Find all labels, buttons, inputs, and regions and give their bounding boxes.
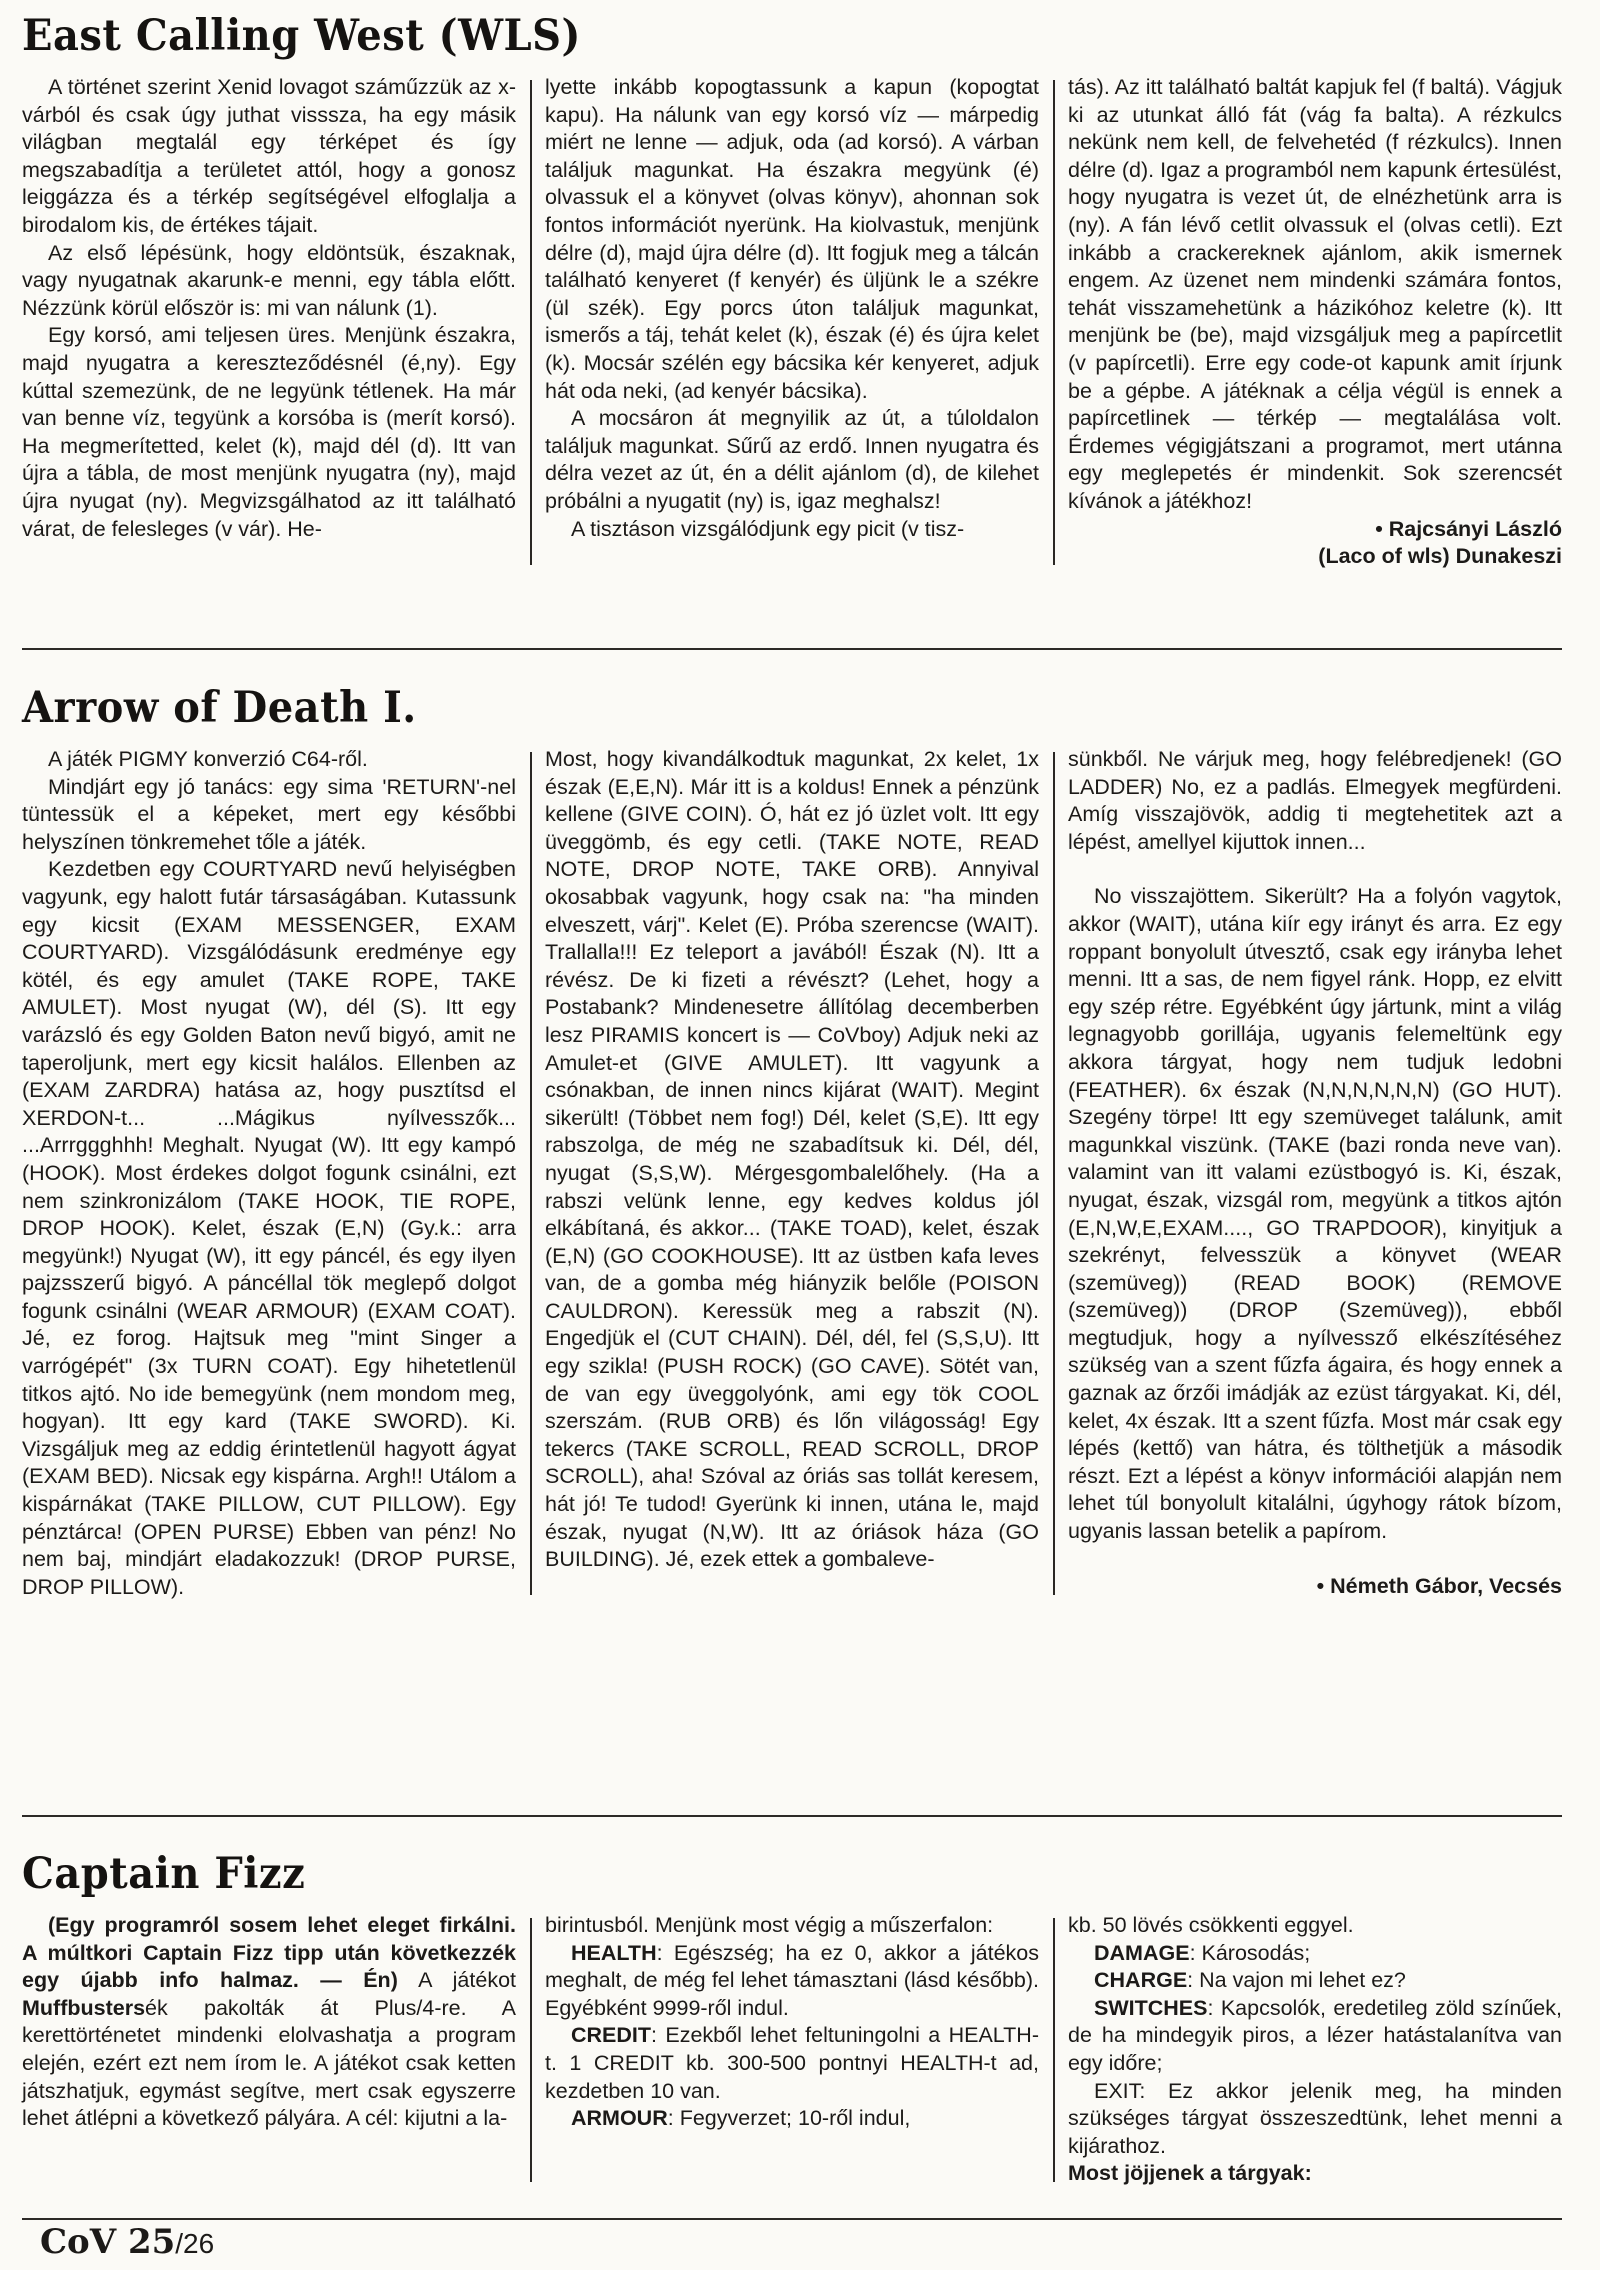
page-number: /26: [175, 2228, 214, 2259]
paragraph: Mindjárt egy jó tanács: egy sima 'RETURN…: [22, 774, 516, 857]
paragraph: tás). Az itt található baltát kapjuk fel…: [1068, 74, 1562, 516]
column-divider: [530, 752, 532, 1595]
article-body-arrow-of-death: A játék PIGMY konverzió C64-ről. Mindjár…: [22, 746, 1562, 1601]
definition-health: HEALTH: Egészség; ha ez 0, akkor a játék…: [545, 1940, 1039, 2023]
definition-credit: CREDIT: Ezekből lehet feltuningolni a HE…: [545, 2022, 1039, 2105]
paragraph: birintusból. Menjünk most végig a műszer…: [545, 1912, 1039, 1940]
author-signature: • Németh Gábor, Vecsés: [1068, 1573, 1562, 1601]
column-1: (Egy programról sosem lehet eleget firká…: [22, 1912, 516, 2188]
paragraph: A történet szerint Xenid lovagot száműzz…: [22, 74, 516, 240]
paragraph: A tisztáson vizsgálódjunk egy picit (v t…: [545, 516, 1039, 544]
column-3: tás). Az itt található baltát kapjuk fel…: [1068, 74, 1562, 571]
paragraph: Az első lépésünk, hogy eldöntsük, északn…: [22, 240, 516, 323]
article-title-arrow-of-death: Arrow of Death I.: [22, 682, 417, 733]
article-title-east-calling-west: East Calling West (WLS): [22, 10, 581, 61]
paragraph: Most, hogy kivandálkodtuk magunkat, 2x k…: [545, 746, 1039, 1574]
article-body-east-calling-west: A történet szerint Xenid lovagot száműzz…: [22, 74, 1562, 571]
column-divider: [1053, 1918, 1055, 2182]
column-2: Most, hogy kivandálkodtuk magunkat, 2x k…: [545, 746, 1039, 1601]
column-divider: [530, 1918, 532, 2182]
definition-armour: ARMOUR: Fegyverzet; 10-ről indul,: [545, 2105, 1039, 2133]
article-title-captain-fizz: Captain Fizz: [22, 1848, 305, 1899]
author-signature: • Rajcsányi László: [1068, 516, 1562, 544]
column-3: kb. 50 lövés csökkenti eggyel. DAMAGE: K…: [1068, 1912, 1562, 2188]
magazine-issue: CoV 25: [40, 2222, 175, 2262]
items-heading: Most jöjjenek a tárgyak:: [1068, 2160, 1562, 2188]
definition-switches: SWITCHES: Kapcsolók, eredetileg zöld szí…: [1068, 1995, 1562, 2078]
column-divider: [1053, 752, 1055, 1595]
definition-charge: CHARGE: Na vajon mi lehet ez?: [1068, 1967, 1562, 1995]
paragraph: lyette inkább kopogtassunk a kapun (kopo…: [545, 74, 1039, 405]
page-footer: CoV 25/26: [40, 2222, 214, 2262]
column-3: sünkből. Ne várjuk meg, hogy felébredjen…: [1068, 746, 1562, 1601]
paragraph: kb. 50 lövés csökkenti eggyel.: [1068, 1912, 1562, 1940]
column-1: A játék PIGMY konverzió C64-ről. Mindjár…: [22, 746, 516, 1601]
column-divider: [530, 80, 532, 565]
section-divider: [22, 648, 1562, 650]
column-1: A történet szerint Xenid lovagot száműzz…: [22, 74, 516, 571]
section-divider: [22, 1815, 1562, 1817]
definition-exit: EXIT: Ez akkor jelenik meg, ha minden sz…: [1068, 2078, 1562, 2161]
paragraph: Kezdetben egy COURTYARD nevű helyiségben…: [22, 856, 516, 1601]
column-divider: [1053, 80, 1055, 565]
author-location: (Laco of wls) Dunakeszi: [1068, 543, 1562, 571]
paragraph: (Egy programról sosem lehet eleget firká…: [22, 1912, 516, 2133]
paragraph: A játék PIGMY konverzió C64-ről.: [22, 746, 516, 774]
column-2: lyette inkább kopogtassunk a kapun (kopo…: [545, 74, 1039, 571]
paragraph: A mocsáron át megnyilik az út, a túlolda…: [545, 405, 1039, 515]
definition-damage: DAMAGE: Károsodás;: [1068, 1940, 1562, 1968]
column-2: birintusból. Menjünk most végig a műszer…: [545, 1912, 1039, 2188]
article-body-captain-fizz: (Egy programról sosem lehet eleget firká…: [22, 1912, 1562, 2188]
paragraph: Egy korsó, ami teljesen üres. Menjünk és…: [22, 322, 516, 543]
paragraph: No visszajöttem. Sikerült? Ha a folyón v…: [1068, 883, 1562, 1545]
section-divider: [22, 2218, 1562, 2220]
paragraph: sünkből. Ne várjuk meg, hogy felébredjen…: [1068, 746, 1562, 856]
